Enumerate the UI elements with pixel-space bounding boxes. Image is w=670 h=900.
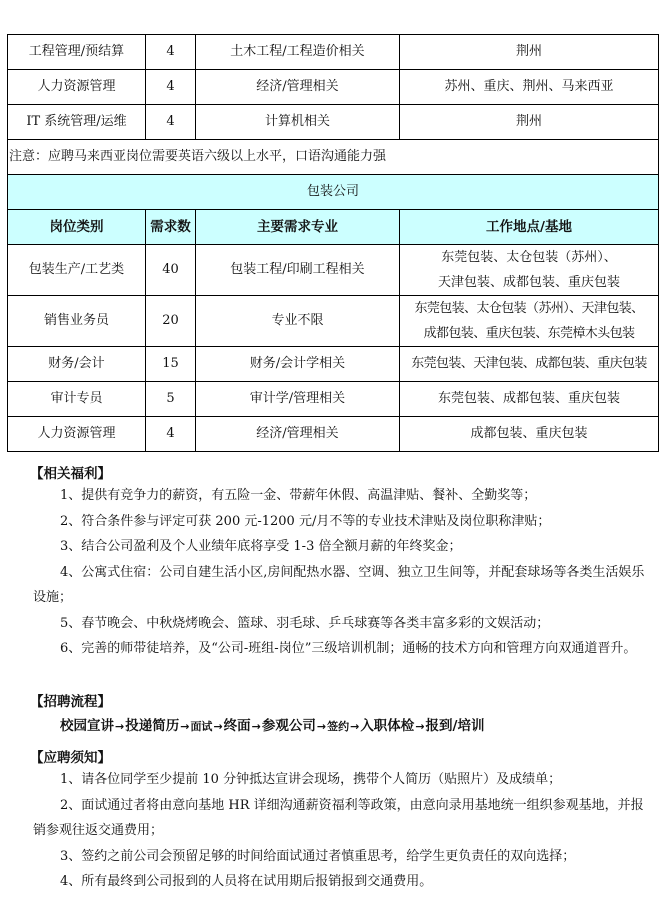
benefit-item: 3、结合公司盈利及个人业绩年底将享受 1-3 倍全额月薪的年终奖金； bbox=[33, 534, 655, 560]
position-cell: 销售业务员 bbox=[8, 296, 146, 347]
count-cell: 15 bbox=[146, 347, 196, 382]
header-count: 需求数 bbox=[146, 210, 196, 245]
header-row: 岗位类别 需求数 主要需求专业 工作地点/基地 bbox=[8, 210, 659, 245]
process-step: 入职体检 bbox=[360, 718, 414, 734]
header-location: 工作地点/基地 bbox=[400, 210, 659, 245]
location-line: 天津包装、成都包装、重庆包装 bbox=[400, 270, 658, 295]
process-title: 【招聘流程】 bbox=[30, 690, 111, 710]
notice-item: 2、面试通过者将由意向基地 HR 详细沟通薪资福利等政策，由意向录用基地统一组织… bbox=[33, 793, 655, 844]
benefit-item: 5、春节晚会、中秋烧烤晚会、篮球、羽毛球、乒乓球赛等各类丰富多彩的文娱活动； bbox=[33, 611, 655, 637]
notice-item: 1、请各位同学至少提前 10 分钟抵达宣讲会现场，携带个人简历（贴照片）及成绩单… bbox=[33, 767, 655, 793]
location-cell: 东莞包装、天津包装、成都包装、重庆包装 bbox=[400, 347, 659, 382]
benefit-item: 2、符合条件参与评定可获 200 元-1200 元/月不等的专业技术津贴及岗位职… bbox=[33, 509, 655, 535]
notice-item: 4、所有最终到公司报到的人员将在试用期后报销报到交通费用。 bbox=[33, 869, 655, 895]
position-cell: 审计专员 bbox=[8, 382, 146, 417]
section-row: 包装公司 bbox=[8, 175, 659, 210]
benefit-item: 4、公寓式住宿：公司自建生活小区,房间配热水器、空调、独立卫生间等，并配套球场等… bbox=[33, 560, 655, 611]
benefits-title: 【相关福利】 bbox=[30, 462, 111, 482]
location-cell: 苏州、重庆、荆州、马来西亚 bbox=[400, 70, 659, 105]
arrow-right-icon: → bbox=[252, 720, 261, 733]
process-step: 终面 bbox=[224, 718, 251, 734]
header-position: 岗位类别 bbox=[8, 210, 146, 245]
arrow-right-icon: → bbox=[415, 720, 424, 733]
count-cell: 4 bbox=[146, 70, 196, 105]
table-row: 人力资源管理 4 经济/管理相关 苏州、重庆、荆州、马来西亚 bbox=[8, 70, 659, 105]
position-cell: 财务/会计 bbox=[8, 347, 146, 382]
major-cell: 经济/管理相关 bbox=[196, 70, 400, 105]
process-step: 校园宣讲 bbox=[60, 718, 114, 734]
benefit-item: 6、完善的师带徒培养，及“公司-班组-岗位”三级培训机制；通畅的技术方向和管理方… bbox=[33, 636, 655, 662]
section-title: 包装公司 bbox=[8, 175, 659, 210]
process-step: 报到/培训 bbox=[426, 718, 485, 734]
table-row: 审计专员 5 审计学/管理相关 东莞包装、成都包装、重庆包装 bbox=[8, 382, 659, 417]
location-cell: 荆州 bbox=[400, 105, 659, 140]
location-cell: 东莞包装、太仓包装（苏州）、 天津包装、成都包装、重庆包装 bbox=[400, 245, 659, 296]
major-cell: 包装工程/印刷工程相关 bbox=[196, 245, 400, 296]
count-cell: 5 bbox=[146, 382, 196, 417]
table-row: IT 系统管理/运维 4 计算机相关 荆州 bbox=[8, 105, 659, 140]
recruitment-table: 工程管理/预结算 4 土木工程/工程造价相关 荆州 人力资源管理 4 经济/管理… bbox=[7, 34, 659, 452]
major-cell: 审计学/管理相关 bbox=[196, 382, 400, 417]
table-row: 人力资源管理 4 经济/管理相关 成都包装、重庆包装 bbox=[8, 417, 659, 452]
major-cell: 计算机相关 bbox=[196, 105, 400, 140]
location-line: 成都包装、重庆包装、东莞樟木头包装 bbox=[400, 321, 658, 346]
major-cell: 财务/会计学相关 bbox=[196, 347, 400, 382]
position-cell: 人力资源管理 bbox=[8, 70, 146, 105]
count-cell: 4 bbox=[146, 417, 196, 452]
arrow-right-icon: → bbox=[317, 720, 326, 733]
location-cell: 东莞包装、太仓包装（苏州）、天津包装、 成都包装、重庆包装、东莞樟木头包装 bbox=[400, 296, 659, 347]
major-cell: 土木工程/工程造价相关 bbox=[196, 35, 400, 70]
process-step: 签约 bbox=[327, 720, 349, 733]
count-cell: 4 bbox=[146, 35, 196, 70]
position-cell: 工程管理/预结算 bbox=[8, 35, 146, 70]
arrow-right-icon: → bbox=[115, 720, 124, 733]
count-cell: 20 bbox=[146, 296, 196, 347]
table-row: 包装生产/工艺类 40 包装工程/印刷工程相关 东莞包装、太仓包装（苏州）、 天… bbox=[8, 245, 659, 296]
notice-title: 【应聘须知】 bbox=[30, 746, 111, 766]
major-cell: 经济/管理相关 bbox=[196, 417, 400, 452]
table-row: 工程管理/预结算 4 土木工程/工程造价相关 荆州 bbox=[8, 35, 659, 70]
location-cell: 荆州 bbox=[400, 35, 659, 70]
process-step: 投递简历 bbox=[125, 718, 179, 734]
arrow-right-icon: → bbox=[350, 720, 359, 733]
malaysia-note: 注意：应聘马来西亚岗位需要英语六级以上水平，口语沟通能力强 bbox=[8, 140, 659, 175]
position-cell: IT 系统管理/运维 bbox=[8, 105, 146, 140]
arrow-right-icon: → bbox=[180, 720, 189, 733]
table-row: 销售业务员 20 专业不限 东莞包装、太仓包装（苏州）、天津包装、 成都包装、重… bbox=[8, 296, 659, 347]
major-cell: 专业不限 bbox=[196, 296, 400, 347]
arrow-right-icon: → bbox=[213, 720, 222, 733]
benefits-list: 1、提供有竞争力的薪资，有五险一金、带薪年休假、高温津贴、餐补、全勤奖等； 2、… bbox=[33, 483, 655, 662]
location-line: 东莞包装、太仓包装（苏州）、 bbox=[400, 245, 658, 270]
position-cell: 人力资源管理 bbox=[8, 417, 146, 452]
notice-item: 3、签约之前公司会预留足够的时间给面试通过者慎重思考，给学生更负责任的双向选择； bbox=[33, 844, 655, 870]
location-cell: 东莞包装、成都包装、重庆包装 bbox=[400, 382, 659, 417]
notice-list: 1、请各位同学至少提前 10 分钟抵达宣讲会现场，携带个人简历（贴照片）及成绩单… bbox=[33, 767, 655, 895]
location-cell: 成都包装、重庆包装 bbox=[400, 417, 659, 452]
table-row: 财务/会计 15 财务/会计学相关 东莞包装、天津包装、成都包装、重庆包装 bbox=[8, 347, 659, 382]
benefit-item: 1、提供有竞争力的薪资，有五险一金、带薪年休假、高温津贴、餐补、全勤奖等； bbox=[33, 483, 655, 509]
header-major: 主要需求专业 bbox=[196, 210, 400, 245]
position-cell: 包装生产/工艺类 bbox=[8, 245, 146, 296]
location-line: 东莞包装、太仓包装（苏州）、天津包装、 bbox=[400, 296, 658, 321]
process-flow: 校园宣讲→投递简历→面试→终面→参观公司→签约→入职体检→报到/培训 bbox=[60, 714, 484, 734]
note-row: 注意：应聘马来西亚岗位需要英语六级以上水平，口语沟通能力强 bbox=[8, 140, 659, 175]
count-cell: 40 bbox=[146, 245, 196, 296]
process-step: 参观公司 bbox=[262, 718, 316, 734]
count-cell: 4 bbox=[146, 105, 196, 140]
process-step: 面试 bbox=[190, 720, 212, 733]
